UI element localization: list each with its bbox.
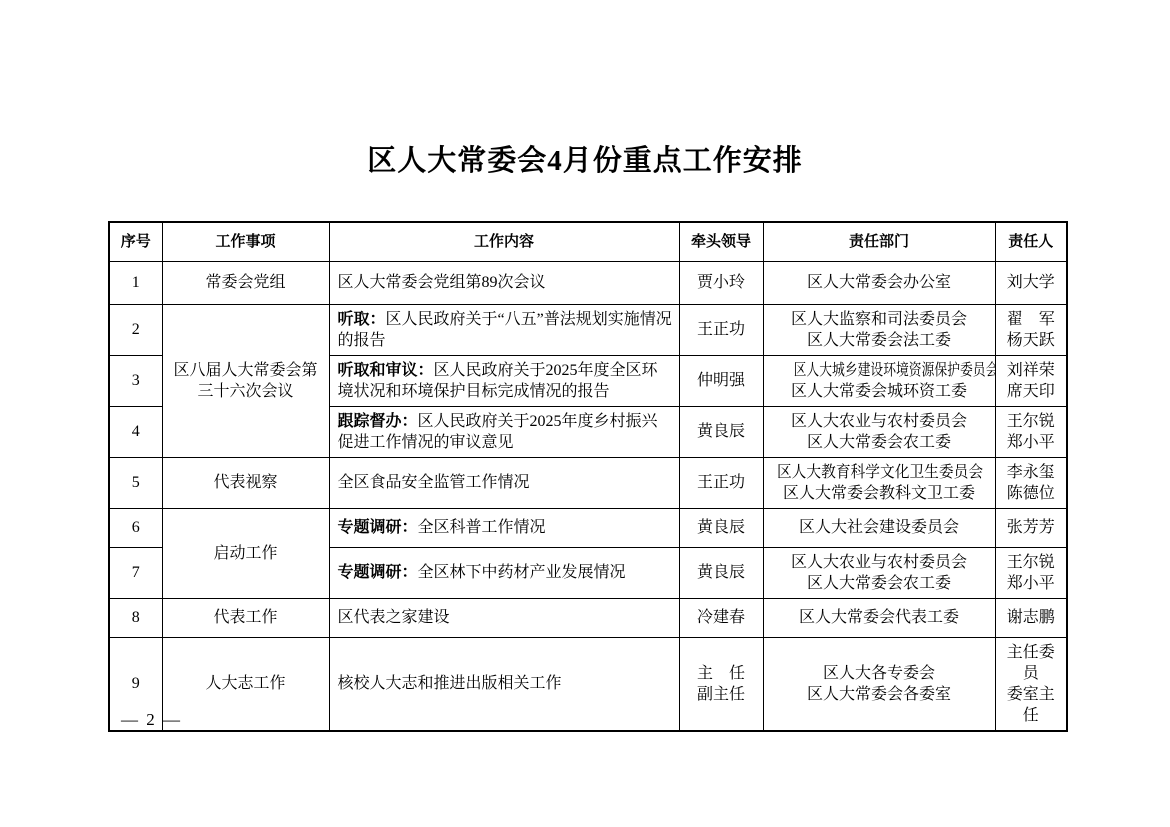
table-row: 9 人大志工作 核校人大志和推进出版相关工作 主 任 副主任 区人大各专委会 区… [109, 637, 1067, 731]
cell-person: 刘祥荣 席天印 [995, 355, 1067, 406]
cell-item: 代表视察 [162, 457, 329, 508]
person-line: 李永玺 [1000, 462, 1063, 483]
person-line: 主任委员 [1000, 642, 1063, 684]
cell-person: 李永玺 陈德位 [995, 457, 1067, 508]
cell-no: 4 [109, 406, 162, 457]
cell-dept: 区人大城乡建设环境资源保护委员会 区人大常委会城环资工委 [763, 355, 995, 406]
cell-person: 谢志鹏 [995, 598, 1067, 637]
cell-person: 刘大学 [995, 261, 1067, 304]
cell-item: 代表工作 [162, 598, 329, 637]
col-header-content: 工作内容 [329, 222, 679, 261]
col-header-dept: 责任部门 [763, 222, 995, 261]
dept-line: 区人大农业与农村委员会 [768, 411, 991, 432]
cell-content: 专题调研：全区林下中药材产业发展情况 [329, 547, 679, 598]
leader-line: 主 任 [684, 663, 759, 684]
cell-leader: 黄良辰 [679, 406, 763, 457]
content-prefix: 跟踪督办： [338, 413, 418, 430]
content-text: 区人民政府关于“八五”普法规划实施情况的报告 [338, 311, 672, 349]
content-prefix: 听取： [338, 311, 386, 328]
cell-no: 5 [109, 457, 162, 508]
cell-content: 专题调研：全区科普工作情况 [329, 508, 679, 547]
person-line: 翟 军 [1000, 309, 1063, 330]
content-prefix: 专题调研： [338, 519, 418, 536]
cell-leader: 王正功 [679, 304, 763, 355]
cell-leader: 仲明强 [679, 355, 763, 406]
content-text: 区人大常委会党组第89次会议 [338, 274, 546, 291]
document-page: 区人大常委会4月份重点工作安排 序号 工作事项 工作内容 牵头领导 责任部门 责… [0, 0, 1170, 827]
dept-line: 区人大常委会各委室 [768, 684, 991, 705]
person-line: 刘祥荣 [1000, 360, 1063, 381]
cell-content: 区代表之家建设 [329, 598, 679, 637]
cell-person: 主任委员 委室主任 [995, 637, 1067, 731]
work-schedule-table: 序号 工作事项 工作内容 牵头领导 责任部门 责任人 1 常委会党组 区人大常委… [108, 221, 1068, 732]
cell-content: 听取和审议：区人民政府关于2025年度全区环境状况和环境保护目标完成情况的报告 [329, 355, 679, 406]
leader-line: 副主任 [684, 684, 759, 705]
cell-leader: 冷建春 [679, 598, 763, 637]
person-line: 郑小平 [1000, 573, 1063, 594]
cell-leader: 王正功 [679, 457, 763, 508]
cell-no: 6 [109, 508, 162, 547]
cell-dept: 区人大农业与农村委员会 区人大常委会农工委 [763, 406, 995, 457]
col-header-person: 责任人 [995, 222, 1067, 261]
content-prefix: 听取和审议： [338, 362, 434, 379]
page-title: 区人大常委会4月份重点工作安排 [0, 138, 1170, 179]
content-text: 全区科普工作情况 [418, 519, 546, 536]
dept-line: 区人大教育科学文化卫生委员会 [776, 462, 982, 483]
content-text: 全区林下中药材产业发展情况 [418, 564, 626, 581]
cell-person: 翟 军 杨天跃 [995, 304, 1067, 355]
person-line: 王尔锐 [1000, 552, 1063, 573]
cell-dept: 区人大农业与农村委员会 区人大常委会农工委 [763, 547, 995, 598]
cell-no: 7 [109, 547, 162, 598]
cell-item: 常委会党组 [162, 261, 329, 304]
person-line: 郑小平 [1000, 432, 1063, 453]
person-line: 杨天跃 [1000, 330, 1063, 351]
dept-line: 区人大农业与农村委员会 [768, 552, 991, 573]
person-line: 委室主任 [1000, 684, 1063, 726]
person-line: 王尔锐 [1000, 411, 1063, 432]
content-prefix: 专题调研： [338, 564, 418, 581]
dept-line: 区人大常委会农工委 [768, 432, 991, 453]
table-row: 1 常委会党组 区人大常委会党组第89次会议 贾小玲 区人大常委会办公室 刘大学 [109, 261, 1067, 304]
cell-content: 听取：区人民政府关于“八五”普法规划实施情况的报告 [329, 304, 679, 355]
cell-content: 核校人大志和推进出版相关工作 [329, 637, 679, 731]
cell-item: 人大志工作 [162, 637, 329, 731]
cell-person: 张芳芳 [995, 508, 1067, 547]
table-header-row: 序号 工作事项 工作内容 牵头领导 责任部门 责任人 [109, 222, 1067, 261]
dept-line: 区人大常委会城环资工委 [768, 381, 991, 402]
dept-line: 区人大城乡建设环境资源保护委员会 [793, 360, 995, 381]
cell-content: 全区食品安全监管工作情况 [329, 457, 679, 508]
cell-no: 1 [109, 261, 162, 304]
cell-item-merged: 启动工作 [162, 508, 329, 598]
cell-person: 王尔锐 郑小平 [995, 547, 1067, 598]
person-line: 陈德位 [1000, 483, 1063, 504]
cell-no: 2 [109, 304, 162, 355]
col-header-no: 序号 [109, 222, 162, 261]
dept-line: 区人大监察和司法委员会 [768, 309, 991, 330]
person-line: 席天印 [1000, 381, 1063, 402]
cell-leader: 主 任 副主任 [679, 637, 763, 731]
dept-line: 区人大各专委会 [768, 663, 991, 684]
cell-dept: 区人大教育科学文化卫生委员会 区人大常委会教科文卫工委 [763, 457, 995, 508]
cell-dept: 区人大常委会代表工委 [763, 598, 995, 637]
content-text: 区代表之家建设 [338, 609, 450, 626]
cell-dept: 区人大常委会办公室 [763, 261, 995, 304]
cell-no: 8 [109, 598, 162, 637]
table-row: 5 代表视察 全区食品安全监管工作情况 王正功 区人大教育科学文化卫生委员会 区… [109, 457, 1067, 508]
cell-item-merged: 区八届人大常委会第三十六次会议 [162, 304, 329, 457]
table-row: 2 区八届人大常委会第三十六次会议 听取：区人民政府关于“八五”普法规划实施情况… [109, 304, 1067, 355]
cell-leader: 黄良辰 [679, 508, 763, 547]
col-header-item: 工作事项 [162, 222, 329, 261]
dept-line: 区人大常委会教科文卫工委 [768, 483, 991, 504]
cell-dept: 区人大监察和司法委员会 区人大常委会法工委 [763, 304, 995, 355]
cell-leader: 贾小玲 [679, 261, 763, 304]
dept-line: 区人大常委会农工委 [768, 573, 991, 594]
page-number: — 2 — [121, 710, 182, 730]
cell-content: 区人大常委会党组第89次会议 [329, 261, 679, 304]
table-row: 8 代表工作 区代表之家建设 冷建春 区人大常委会代表工委 谢志鹏 [109, 598, 1067, 637]
content-text: 全区食品安全监管工作情况 [338, 474, 530, 491]
content-text: 核校人大志和推进出版相关工作 [338, 675, 562, 692]
cell-no: 3 [109, 355, 162, 406]
cell-person: 王尔锐 郑小平 [995, 406, 1067, 457]
cell-leader: 黄良辰 [679, 547, 763, 598]
cell-dept: 区人大各专委会 区人大常委会各委室 [763, 637, 995, 731]
cell-content: 跟踪督办：区人民政府关于2025年度乡村振兴促进工作情况的审议意见 [329, 406, 679, 457]
table-row: 6 启动工作 专题调研：全区科普工作情况 黄良辰 区人大社会建设委员会 张芳芳 [109, 508, 1067, 547]
col-header-leader: 牵头领导 [679, 222, 763, 261]
dept-line: 区人大常委会法工委 [768, 330, 991, 351]
cell-dept: 区人大社会建设委员会 [763, 508, 995, 547]
